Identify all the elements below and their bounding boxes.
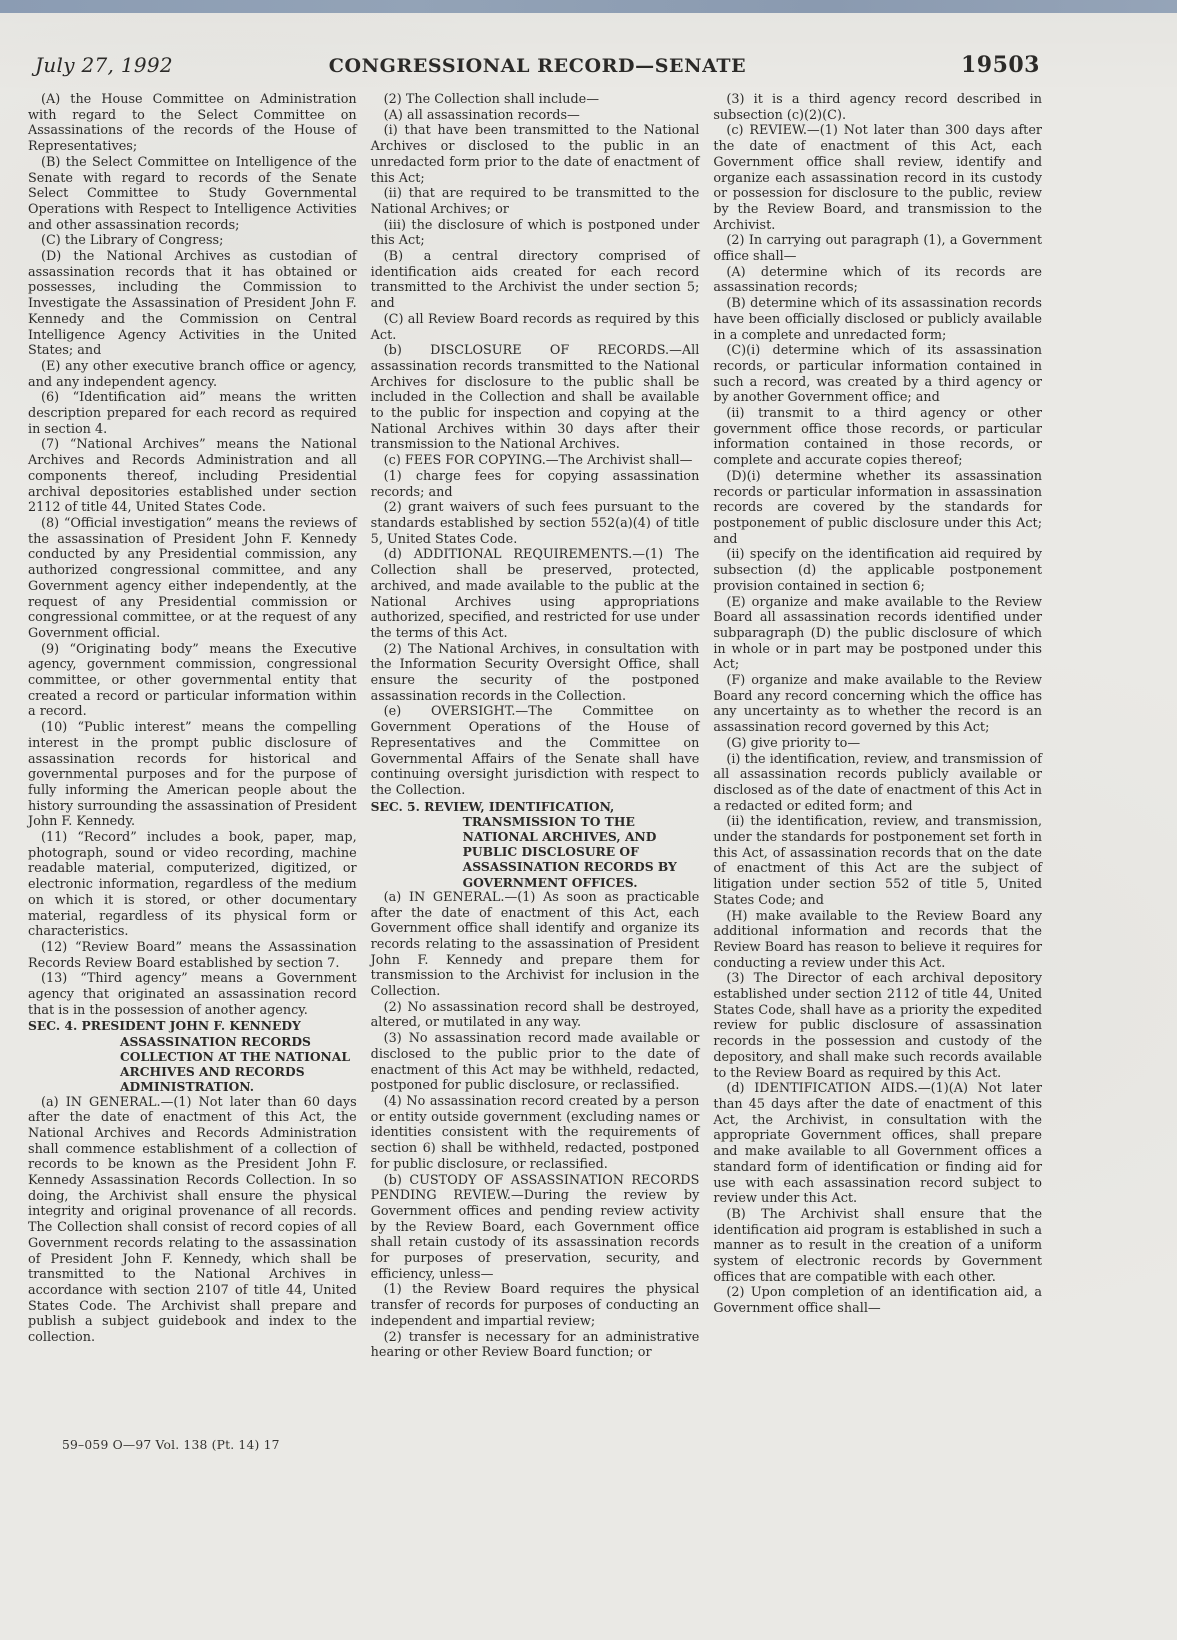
body-paragraph: (D)(i) determine whether its assassinati… xyxy=(713,469,1042,548)
body-paragraph: (c) FEES FOR COPYING.—The Archivist shal… xyxy=(371,453,700,469)
body-paragraph: (b) CUSTODY OF ASSASSINATION RECORDS PEN… xyxy=(371,1173,700,1283)
body-paragraph: (B) the Select Committee on Intelligence… xyxy=(28,155,357,234)
page-number: 19503 xyxy=(820,52,1040,78)
body-paragraph: (2) In carrying out paragraph (1), a Gov… xyxy=(713,233,1042,264)
masthead-title: CONGRESSIONAL RECORD—SENATE xyxy=(255,55,820,77)
body-paragraph: (F) organize and make available to the R… xyxy=(713,673,1042,736)
body-paragraph: (B) a central directory comprised of ide… xyxy=(371,249,700,312)
body-paragraph: (G) give priority to— xyxy=(713,736,1042,752)
body-paragraph: (A) determine which of its records are a… xyxy=(713,265,1042,296)
body-paragraph: (2) The National Archives, in consultati… xyxy=(371,642,700,705)
body-paragraph: (E) any other executive branch office or… xyxy=(28,359,357,390)
body-paragraph: (A) the House Committee on Administratio… xyxy=(28,92,357,155)
body-paragraph: (4) No assassination record created by a… xyxy=(371,1094,700,1173)
body-paragraph: (c) REVIEW.—(1) Not later than 300 days … xyxy=(713,123,1042,233)
body-paragraph: (i) that have been transmitted to the Na… xyxy=(371,123,700,186)
body-paragraph: (d) ADDITIONAL REQUIREMENTS.—(1) The Col… xyxy=(371,547,700,641)
body-paragraph: (6) “Identification aid” means the writt… xyxy=(28,390,357,437)
section-heading: SEC. 4. PRESIDENT JOHN F. KENNEDY ASSASS… xyxy=(28,1018,357,1094)
body-paragraph: (H) make available to the Review Board a… xyxy=(713,909,1042,972)
body-paragraph: (a) IN GENERAL.—(1) Not later than 60 da… xyxy=(28,1095,357,1346)
body-paragraph: (2) grant waivers of such fees pursuant … xyxy=(371,500,700,547)
body-paragraph: (A) all assassination records— xyxy=(371,108,700,124)
issue-date: July 27, 1992 xyxy=(35,53,255,77)
body-paragraph: (E) organize and make available to the R… xyxy=(713,595,1042,674)
body-paragraph: (7) “National Archives” means the Nation… xyxy=(28,437,357,516)
body-paragraph: (3) The Director of each archival deposi… xyxy=(713,971,1042,1081)
body-paragraph: (3) it is a third agency record describe… xyxy=(713,92,1042,123)
scan-edge-band xyxy=(0,0,1177,13)
body-paragraph: (D) the National Archives as custodian o… xyxy=(28,249,357,359)
column-2: (2) The Collection shall include—(A) all… xyxy=(371,92,700,1361)
body-paragraph: (e) OVERSIGHT.—The Committee on Governme… xyxy=(371,704,700,798)
body-paragraph: (1) charge fees for copying assassinatio… xyxy=(371,469,700,500)
body-paragraph: (9) “Originating body” means the Executi… xyxy=(28,642,357,721)
body-paragraph: (C)(i) determine which of its assassinat… xyxy=(713,343,1042,406)
body-paragraph: (10) “Public interest” means the compell… xyxy=(28,720,357,830)
print-imprint: 59–059 O—97 Vol. 138 (Pt. 14) 17 xyxy=(62,1438,280,1452)
body-paragraph: (B) The Archivist shall ensure that the … xyxy=(713,1207,1042,1286)
body-paragraph: (C) all Review Board records as required… xyxy=(371,312,700,343)
body-paragraph: (3) No assassination record made availab… xyxy=(371,1031,700,1094)
body-paragraph: (b) DISCLOSURE OF RECORDS.—All assassina… xyxy=(371,343,700,453)
body-paragraph: (12) “Review Board” means the Assassinat… xyxy=(28,940,357,971)
body-paragraph: (C) the Library of Congress; xyxy=(28,233,357,249)
body-paragraph: (2) Upon completion of an identification… xyxy=(713,1285,1042,1316)
body-paragraph: (iii) the disclosure of which is postpon… xyxy=(371,218,700,249)
body-paragraph: (ii) that are required to be transmitted… xyxy=(371,186,700,217)
body-paragraph: (11) “Record” includes a book, paper, ma… xyxy=(28,830,357,940)
body-paragraph: (a) IN GENERAL.—(1) As soon as practicab… xyxy=(371,890,700,1000)
column-1: (A) the House Committee on Administratio… xyxy=(28,92,357,1361)
text-columns: (A) the House Committee on Administratio… xyxy=(28,92,1042,1361)
body-paragraph: (2) The Collection shall include— xyxy=(371,92,700,108)
body-paragraph: (ii) transmit to a third agency or other… xyxy=(713,406,1042,469)
body-paragraph: (2) transfer is necessary for an adminis… xyxy=(371,1330,700,1361)
section-heading: SEC. 5. REVIEW, IDENTIFICATION, TRANSMIS… xyxy=(371,799,700,890)
body-paragraph: (ii) the identification, review, and tra… xyxy=(713,814,1042,908)
body-paragraph: (i) the identification, review, and tran… xyxy=(713,752,1042,815)
body-paragraph: (2) No assassination record shall be des… xyxy=(371,1000,700,1031)
column-3: (3) it is a third agency record describe… xyxy=(713,92,1042,1361)
body-paragraph: (ii) specify on the identification aid r… xyxy=(713,547,1042,594)
body-paragraph: (13) “Third agency” means a Government a… xyxy=(28,971,357,1018)
page-header: July 27, 1992 CONGRESSIONAL RECORD—SENAT… xyxy=(35,52,1040,78)
body-paragraph: (d) IDENTIFICATION AIDS.—(1)(A) Not late… xyxy=(713,1081,1042,1207)
body-paragraph: (1) the Review Board requires the physic… xyxy=(371,1282,700,1329)
body-paragraph: (8) “Official investigation” means the r… xyxy=(28,516,357,642)
body-paragraph: (B) determine which of its assassination… xyxy=(713,296,1042,343)
